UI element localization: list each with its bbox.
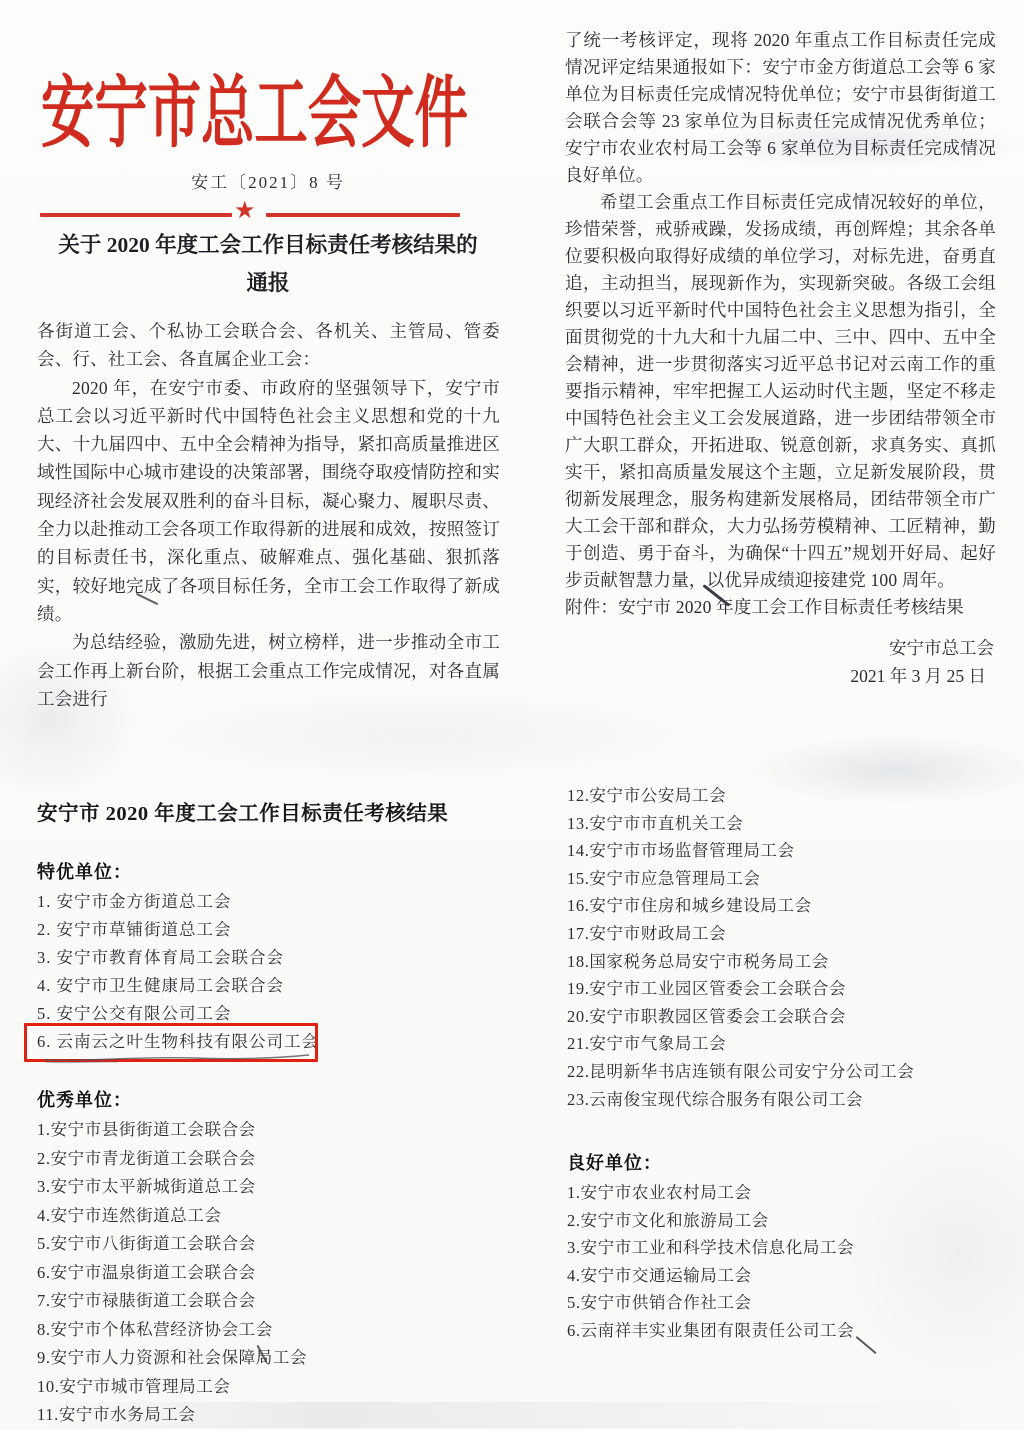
- paragraph: 希望工会重点工作目标责任完成情况较好的单位，珍惜荣誉，戒骄戒躁，发扬成绩，再创辉…: [565, 189, 996, 594]
- list-item: 21.安宁市气象局工会: [567, 1030, 1007, 1058]
- list-item: 11.安宁市水务局工会: [37, 1401, 509, 1430]
- excellent-units-list-left: 1.安宁市县街街道工会联合会 2.安宁市青龙街道工会联合会 3.安宁市太平新城街…: [37, 1116, 509, 1430]
- document-title: 关于 2020 年度工会工作目标责任考核结果的 通报: [37, 226, 499, 302]
- list-item: 1.安宁市农业农村局工会: [567, 1179, 1007, 1207]
- star-icon: ★: [234, 199, 256, 223]
- list-item: 5.安宁市八街街道工会联合会: [37, 1230, 509, 1259]
- list-item: 10.安宁市城市管理局工会: [37, 1373, 509, 1402]
- list-item: 4.安宁市连然街道总工会: [37, 1202, 509, 1231]
- special-grade-label: 特优单位：: [37, 858, 509, 884]
- attachment-line: 附件：安宁市 2020 年度工会工作目标责任考核结果: [565, 594, 996, 621]
- list-item: 1. 安宁市金方街道总工会: [37, 888, 509, 916]
- pencil-underline: [43, 1052, 313, 1064]
- list-item: 2.安宁市文化和旅游局工会: [567, 1207, 1007, 1235]
- list-item: 1.安宁市县街街道工会联合会: [37, 1116, 509, 1145]
- list-item: 22.昆明新华书店连锁有限公司安宁分公司工会: [567, 1058, 1007, 1086]
- list-item: 5.安宁市供销合作社工会: [567, 1289, 1007, 1317]
- signature-block: 安宁市总工会 2021 年 3 月 25 日: [565, 635, 996, 690]
- list-item: 3.安宁市工业和科学技术信息化局工会: [567, 1234, 1007, 1262]
- list-item: 6.云南祥丰实业集团有限责任公司工会: [567, 1317, 1007, 1345]
- list-item: 23.云南俊宝现代综合服务有限公司工会: [567, 1086, 1007, 1114]
- good-units-list: 1.安宁市农业农村局工会 2.安宁市文化和旅游局工会 3.安宁市工业和科学技术信…: [567, 1179, 1007, 1344]
- results-right-column: 12.安宁市公安局工会 13.安宁市市直机关工会 14.安宁市市场监督管理局工会…: [567, 778, 1007, 1344]
- divider-line-right: [266, 213, 460, 217]
- page1-body: 各街道工会、个私协工会联合会、各机关、主管局、管委会、行、社工会、各直属企业工会…: [37, 317, 500, 713]
- list-item: 5. 安宁公交有限公司工会: [37, 1000, 509, 1028]
- salutation: 各街道工会、个私协工会联合会、各机关、主管局、管委会、行、社工会、各直属企业工会…: [37, 317, 500, 374]
- divider-line-left: [40, 213, 232, 217]
- list-item: 6.安宁市温泉街道工会联合会: [37, 1259, 509, 1288]
- list-item: 13.安宁市市直机关工会: [567, 810, 1007, 838]
- scanned-document: 安宁市总工会文件 安工〔2021〕8 号 ★ 关于 2020 年度工会工作目标责…: [0, 0, 1024, 1430]
- results-title: 安宁市 2020 年度工会工作目标责任考核结果: [37, 796, 509, 826]
- good-grade-label: 良好单位：: [567, 1149, 1007, 1175]
- red-star-divider: ★: [40, 213, 460, 217]
- document-number: 安工〔2021〕8 号: [37, 168, 499, 193]
- paragraph: 2020 年，在安宁市委、市政府的坚强领导下，安宁市总工会以习近平新时代中国特色…: [37, 374, 500, 629]
- masthead-title: 安宁市总工会文件: [41, 50, 468, 162]
- list-item: 4.安宁市交通运输局工会: [567, 1262, 1007, 1290]
- list-item: 9.安宁市人力资源和社会保障局工会: [37, 1344, 509, 1373]
- list-item: 20.安宁市职教园区管委会工会联合会: [567, 1003, 1007, 1031]
- document-title-line2: 通报: [246, 271, 289, 295]
- list-item-text: 6. 云南云之叶生物科技有限公司工会: [37, 1032, 319, 1051]
- list-item: 4. 安宁市卫生健康局工会联合会: [37, 972, 509, 1000]
- highlighted-list-item: 6. 云南云之叶生物科技有限公司工会: [37, 1028, 509, 1056]
- list-item: 8.安宁市个体私营经济协会工会: [37, 1316, 509, 1345]
- list-item: 18.国家税务总局安宁市税务局工会: [567, 948, 1007, 976]
- results-left-column: 安宁市 2020 年度工会工作目标责任考核结果 特优单位： 1. 安宁市金方街道…: [37, 796, 509, 1430]
- list-item: 14.安宁市市场监督管理局工会: [567, 837, 1007, 865]
- special-units-list: 1. 安宁市金方街道总工会 2. 安宁市草铺街道总工会 3. 安宁市教育体育局工…: [37, 888, 509, 1056]
- paragraph: 为总结经验，激励先进，树立榜样，进一步推动全市工会工作再上新台阶，根据工会重点工…: [37, 628, 500, 713]
- list-item: 2.安宁市青龙街道工会联合会: [37, 1145, 509, 1174]
- list-item: 3. 安宁市教育体育局工会联合会: [37, 944, 509, 972]
- list-item: 12.安宁市公安局工会: [567, 782, 1007, 810]
- document-title-line1: 关于 2020 年度工会工作目标责任考核结果的: [58, 233, 477, 257]
- list-item: 7.安宁市禄脿街道工会联合会: [37, 1287, 509, 1316]
- list-item: 2. 安宁市草铺街道总工会: [37, 916, 509, 944]
- list-item: 19.安宁市工业园区管委会工会联合会: [567, 975, 1007, 1003]
- list-item: 15.安宁市应急管理局工会: [567, 865, 1007, 893]
- signer-name: 安宁市总工会: [565, 635, 996, 663]
- list-item: 3.安宁市太平新城街道总工会: [37, 1173, 509, 1202]
- list-item: 16.安宁市住房和城乡建设局工会: [567, 892, 1007, 920]
- paragraph: 了统一考核评定，现将 2020 年重点工作目标责任完成情况评定结果通报如下：安宁…: [565, 27, 996, 189]
- page2-body: 了统一考核评定，现将 2020 年重点工作目标责任完成情况评定结果通报如下：安宁…: [565, 27, 996, 690]
- signature-date: 2021 年 3 月 25 日: [565, 663, 996, 691]
- list-item: 17.安宁市财政局工会: [567, 920, 1007, 948]
- excellent-grade-label: 优秀单位：: [37, 1086, 509, 1112]
- excellent-units-list-right: 12.安宁市公安局工会 13.安宁市市直机关工会 14.安宁市市场监督管理局工会…: [567, 782, 1007, 1113]
